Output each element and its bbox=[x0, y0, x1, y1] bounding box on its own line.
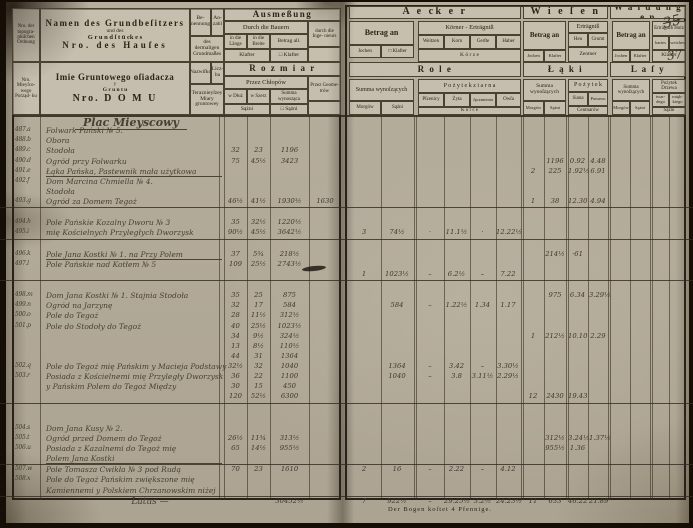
row-nro: 497.l bbox=[15, 260, 42, 267]
cell-a-1: 922½ bbox=[382, 497, 412, 505]
cell-m-0: 46½ bbox=[225, 197, 246, 205]
row-text: Posiada z Kościelnemi mię Przyległy Dwor… bbox=[46, 372, 222, 381]
ledger-row: 503.rPosiada z Kościelnemi mię Przyległy… bbox=[0, 372, 693, 382]
ledger-row: 487.aFolwark Pański № 5. bbox=[0, 126, 693, 136]
cell-w-0: 2 bbox=[523, 167, 543, 175]
ledger-row: 490.dOgród przy Folwarku7545½342311960.9… bbox=[0, 157, 693, 167]
cell-m-2: 110½ bbox=[271, 342, 308, 350]
cell-w-1: 212½ bbox=[545, 332, 565, 340]
col-header-nazwisko: Nazwiſko bbox=[190, 62, 211, 84]
row-text: Ogród przy Folwarku bbox=[46, 157, 222, 166]
ledger-row: 488.bObora bbox=[0, 136, 693, 146]
col-header-w-dluz: w Dłuż bbox=[224, 89, 247, 104]
cell-m-3: 1630 bbox=[310, 197, 340, 205]
row-nro: 493.g bbox=[15, 197, 42, 204]
cell-m-0: 28 bbox=[225, 311, 246, 319]
aecker-korn: Korn bbox=[444, 35, 470, 49]
wiesen-zentner: Zentner bbox=[568, 47, 608, 62]
cell-m-1: 23 bbox=[248, 465, 269, 473]
col-header-miary: Teraznieyſzey Miary gruntowey bbox=[190, 84, 224, 115]
cell-m-2: 218½ bbox=[271, 250, 308, 258]
cell-a-0: 7 bbox=[349, 497, 379, 505]
cell-a-3: 11.1½ bbox=[444, 228, 469, 236]
cell-a-2: – bbox=[417, 270, 443, 278]
row-text: y Pańskim Polem do Tegoż Między bbox=[46, 382, 222, 391]
laki-siana: Siana bbox=[568, 92, 588, 106]
cell-a-4: 3.11½ bbox=[470, 372, 495, 380]
cell-a-3: 3.42 bbox=[444, 362, 469, 370]
col-header-przez-geometrow: Przez Geome- trów bbox=[308, 76, 341, 101]
role-owsa: Owſa bbox=[496, 93, 521, 107]
laki-summa-wynoszaca: Summa wynoſzących bbox=[523, 79, 566, 101]
role-pozytek-ziarna: P o ż y t e k z i a r n a bbox=[418, 79, 521, 93]
cell-a-3: 29.25½ bbox=[444, 497, 469, 505]
row-text: Pole do Tegoż Pańskim zwiększone mię bbox=[46, 475, 222, 484]
cell-m-2: 1023½ bbox=[271, 322, 308, 330]
cell-a-4: – bbox=[470, 362, 495, 370]
section-header-role: R o l e bbox=[349, 62, 521, 77]
aecker-koerze: K ö r z e bbox=[418, 49, 521, 62]
col-header-anzahl: An- zahl bbox=[211, 8, 224, 36]
waldungen-hartes: hartes bbox=[652, 36, 669, 50]
row-nro: 496.k bbox=[15, 250, 42, 257]
page-number: 37 bbox=[666, 47, 683, 63]
role-sazni: Sążni bbox=[381, 101, 414, 115]
cell-w-1: 312½ bbox=[545, 434, 565, 442]
cell-w-2: 12.30 bbox=[568, 197, 587, 205]
col-header-w-szerz: w Szerz bbox=[247, 89, 270, 104]
cell-a-4: 3.2½ bbox=[470, 497, 495, 505]
cell-w-1: 214½ bbox=[545, 250, 565, 258]
cell-a-4: 1.34 bbox=[470, 301, 495, 309]
cell-w-2: 0.92 bbox=[568, 157, 587, 165]
cell-m-2: 1610 bbox=[271, 465, 308, 473]
cell-m-0: 30 bbox=[225, 382, 246, 390]
wiesen-betrag-an: Betrag an bbox=[523, 21, 566, 50]
cell-m-2: 3423 bbox=[271, 157, 308, 165]
cell-w-0: 1 bbox=[523, 332, 543, 340]
cell-m-1: 25 bbox=[248, 291, 269, 299]
section-header-laki: Ł ą k i bbox=[523, 62, 608, 77]
col-header-durch-ingenieurs: durch die Inge- nieurs bbox=[308, 21, 341, 47]
wiesen-grumt: Grumt bbox=[588, 33, 608, 47]
ledger-row bbox=[0, 414, 693, 424]
cell-m-1: 31 bbox=[248, 352, 269, 360]
cell-m-0: 26½ bbox=[225, 434, 246, 442]
row-text: Stodoła bbox=[46, 146, 222, 155]
ledger-row bbox=[0, 280, 693, 291]
cell-w-0: 12 bbox=[523, 392, 543, 400]
ledger-row: 493.gOgród za Domem Tegoż46½41½1930½1630… bbox=[0, 197, 693, 207]
col-header-przez-chlopow: Przez Chłopów bbox=[224, 76, 308, 89]
role-morgow: Morgów bbox=[349, 101, 381, 115]
cell-w-1: 1196 bbox=[545, 157, 565, 165]
cell-m-0: 35 bbox=[225, 218, 246, 226]
cell-w-2: 19.43 bbox=[568, 392, 587, 400]
cell-m-2: 324½ bbox=[271, 332, 308, 340]
ledger-scan: Nro. der topogra- phiſchen Ordnung Namen… bbox=[0, 0, 693, 528]
cell-m-0: 13 bbox=[225, 342, 246, 350]
cell-w-3: 21.89 bbox=[589, 497, 607, 505]
cell-m-0: 44 bbox=[225, 352, 246, 360]
role-summa-wynoszaca: Summa wynoſzących bbox=[349, 79, 414, 101]
row-nro: 499.n bbox=[15, 301, 42, 308]
cell-m-1: 14½ bbox=[248, 444, 269, 452]
row-text: Pole Tomasza Cwikła № 3 pod Rudą bbox=[46, 465, 222, 474]
row-nro: 492.f bbox=[15, 177, 42, 184]
ledger-row: 496.kPole Jana Kostki № 1. na Przy Polem… bbox=[0, 250, 693, 260]
cell-m-0: 120 bbox=[225, 392, 246, 400]
lasy-sazni-unit: Sążni bbox=[652, 107, 686, 115]
row-nro: 507.w bbox=[15, 465, 42, 472]
unit-klafter: Klafter bbox=[224, 49, 270, 62]
lasy-miekkiego: mięk- kiego bbox=[669, 93, 686, 107]
cell-w-2: 10.10 bbox=[568, 332, 587, 340]
laki-potrawu: Potrawu bbox=[588, 92, 608, 106]
cell-a-0: 2 bbox=[349, 465, 379, 473]
ledger-row: 504.sDom Jana Kusy № 2. bbox=[0, 424, 693, 434]
ledger-row: 498.mDom Jana Kostki № 1. Stajnia Stodoł… bbox=[0, 291, 693, 301]
cell-a-0: 1 bbox=[349, 270, 379, 278]
cell-m-2: 313½ bbox=[271, 434, 308, 442]
cell-a-2: – bbox=[417, 301, 443, 309]
cell-m-0: 90½ bbox=[225, 228, 246, 236]
cell-a-1: 584 bbox=[382, 301, 412, 309]
aecker-weitzen: Weitzen bbox=[418, 35, 444, 49]
role-zyta: Żyta bbox=[444, 93, 470, 107]
cell-w-1: 225 bbox=[545, 167, 565, 175]
row-text: Pole Jana Kostki № 1. na Przy Polem bbox=[46, 250, 222, 260]
row-text: Ogród przed Domem do Tegoż bbox=[46, 434, 222, 443]
cell-w-2: 6.34 bbox=[568, 291, 587, 299]
row-nro: 498.m bbox=[15, 291, 42, 298]
ledger-row: Polem Jana Kostki bbox=[0, 454, 693, 464]
cell-m-1: 15 bbox=[248, 382, 269, 390]
cell-m-0: 65 bbox=[225, 444, 246, 452]
cell-w-2: 3.24½ bbox=[568, 434, 587, 442]
cell-m-2: 1196 bbox=[271, 146, 308, 154]
ledger-row: 502.qPole do Tegoż mię Pańskim y Macieja… bbox=[0, 362, 693, 372]
cell-m-2: 955½ bbox=[271, 444, 308, 452]
cell-m-2: 1220½ bbox=[271, 218, 308, 226]
row-text: Latus — bbox=[80, 497, 220, 507]
cell-m-1: 8½ bbox=[248, 342, 269, 350]
lasy-sazni: Sążni bbox=[630, 101, 650, 115]
cell-a-1: 1364 bbox=[382, 362, 412, 370]
row-text: Folwark Pański № 5. bbox=[46, 126, 222, 135]
cell-m-2: 2743½ bbox=[271, 260, 308, 268]
cell-a-3: 1.22½ bbox=[444, 301, 469, 309]
waldungen-klafter: Klafter bbox=[630, 50, 650, 62]
cell-m-2: 1100 bbox=[271, 372, 308, 380]
row-nro: 508.x bbox=[15, 475, 42, 482]
row-text: Posiada z Kazalnemi do Tegoż mię bbox=[46, 444, 222, 453]
ledger-row: y Pańskim Polem do Tegoż Między3015450 bbox=[0, 382, 693, 392]
ledger-row: 495.imię Kościelnych Przyległych Dworzys… bbox=[0, 228, 693, 238]
row-nro: 505.t bbox=[15, 434, 42, 441]
row-nro: 488.b bbox=[15, 136, 42, 143]
cell-a-5: 12.22½ bbox=[496, 228, 520, 236]
cell-m-1: 11½ bbox=[248, 311, 269, 319]
ledger-rows: Plac Mieyscowy487.aFolwark Pański № 5.48… bbox=[0, 116, 693, 501]
col-header-in-breite: in die Breite bbox=[247, 34, 270, 49]
cell-w-3: 4.48 bbox=[589, 157, 607, 165]
cell-a-2: – bbox=[417, 372, 443, 380]
ledger-row: 489.cStodoła32231196 bbox=[0, 146, 693, 156]
ledger-row: 492.fDom Marcina Chmiella № 4. bbox=[0, 177, 693, 187]
cell-w-0: 11 bbox=[523, 497, 543, 505]
cell-m-0: 32½ bbox=[225, 362, 246, 370]
cell-m-1: 11¾ bbox=[248, 434, 269, 442]
laki-morgow: Morgów bbox=[523, 101, 544, 115]
cell-m-0: 75 bbox=[225, 157, 246, 165]
ledger-row: 501.pPole do Stodoły do Tegoż4025½1023½ bbox=[0, 322, 693, 332]
col-header-nro-polish: Nro. Mieyſco- wego Porząd- ku bbox=[12, 62, 40, 115]
role-pszenicy: Pſzenicy bbox=[418, 93, 444, 107]
row-text: Obora bbox=[46, 136, 222, 145]
row-text: Ogród na Jarzynę bbox=[46, 301, 222, 310]
cell-a-4: – bbox=[470, 270, 495, 278]
cell-m-1: 45½ bbox=[248, 228, 269, 236]
lasy-summa-wynoszaca: Summa wynoſzących bbox=[612, 79, 650, 101]
section-header-ausmessung: Ausmeßung bbox=[224, 8, 341, 21]
row-nro: 504.s bbox=[15, 424, 42, 431]
cell-a-3: 6.2½ bbox=[444, 270, 469, 278]
cell-w-2: 46.22 bbox=[568, 497, 587, 505]
cell-m-2: 1930½ bbox=[271, 197, 308, 205]
cell-m-0: 34 bbox=[225, 332, 246, 340]
section-header-rozmiar: R o z m i a r bbox=[224, 62, 341, 76]
wiesen-ertraegniss: Erträgniß bbox=[568, 21, 608, 33]
row-nro: 506.u bbox=[15, 444, 42, 451]
cell-a-1: 74½ bbox=[382, 228, 412, 236]
col-header-benennung: Be- nennung bbox=[190, 8, 211, 36]
row-text: Pole do Tegoż mię Pańskim y Macieja Pods… bbox=[46, 362, 222, 371]
unit-sazni: Sążni bbox=[224, 104, 270, 115]
cell-m-1: 9½ bbox=[248, 332, 269, 340]
row-text: Dom Jana Kostki № 1. Stajnia Stodoła bbox=[46, 291, 222, 300]
cell-m-1: 23 bbox=[248, 146, 269, 154]
cell-a-2: · bbox=[417, 228, 443, 236]
wiesen-jochen: Jochen bbox=[523, 50, 544, 62]
ledger-row: 494.hPole Pańskie Kozalny Dworu № 33532½… bbox=[0, 218, 693, 228]
col-header-nro-german: Nro. der topogra- phiſchen Ordnung bbox=[12, 8, 40, 62]
ledger-row: 349½324½1212½10.102.29 bbox=[0, 332, 693, 342]
cell-m-2: 875 bbox=[271, 291, 308, 299]
cell-m-2: 584 bbox=[271, 301, 308, 309]
role-korce: K o r c e bbox=[418, 107, 521, 115]
section-header-wiesen: W i e ſ e n bbox=[523, 6, 608, 19]
lasy-pozytek-drzewa: Pożytek Drzewa bbox=[652, 79, 686, 93]
cell-w-2: 1.92½ bbox=[568, 167, 587, 175]
aecker-koerner-ertraegniss: Körner - Erträgniß bbox=[418, 21, 521, 35]
cell-w-3: 2.29 bbox=[589, 332, 607, 340]
wiesen-klafter: Klafter bbox=[544, 50, 566, 62]
cell-m-1: 52½ bbox=[248, 392, 269, 400]
cell-a-1: 1023½ bbox=[382, 270, 412, 278]
cell-a-4: – bbox=[470, 465, 495, 473]
wiesen-heu: Heu bbox=[568, 33, 588, 47]
geometrow-unit-cell bbox=[308, 101, 341, 115]
row-nro: 503.r bbox=[15, 372, 42, 379]
cell-m-1: 41½ bbox=[248, 197, 269, 205]
row-nro: 487.a bbox=[15, 126, 42, 133]
row-text: mię Kościelnych Przyległych Dworzysk bbox=[46, 228, 222, 237]
row-text: Polem Jana Kostki bbox=[46, 454, 222, 464]
ledger-row: Stodoła bbox=[0, 187, 693, 197]
cell-m-1: 32 bbox=[248, 362, 269, 370]
cell-a-5: 24.23½ bbox=[496, 497, 520, 505]
col-header-in-laenge: in die Länge bbox=[224, 34, 247, 49]
cell-w-1: 975 bbox=[545, 291, 565, 299]
ledger-row: 505.tOgród przed Domem do Tegoż26½11¾313… bbox=[0, 434, 693, 444]
section-header-aecker: A e ck e r bbox=[349, 6, 521, 19]
row-text: Ogród za Domem Tegoż bbox=[46, 197, 222, 206]
row-text: Kamiennemi y Polskiem Chrzanowskim niżej bbox=[46, 486, 222, 495]
cell-w-2: ·61 bbox=[568, 250, 587, 258]
cell-m-1: 5¾ bbox=[248, 250, 269, 258]
laki-pozytek: P o ż y t e k bbox=[568, 79, 608, 92]
cell-m-2: 1364 bbox=[271, 352, 308, 360]
aecker-jochen: Jochen bbox=[349, 45, 381, 58]
cell-m-2: 6300 bbox=[271, 392, 308, 400]
cell-a-2: – bbox=[417, 362, 443, 370]
row-text: Dom Marcina Chmiella № 4. bbox=[46, 177, 222, 186]
ledger-row: 138½110½ bbox=[0, 342, 693, 352]
cell-m-0: 32 bbox=[225, 146, 246, 154]
cell-a-0: 3 bbox=[349, 228, 379, 236]
ledger-row: 491.eŁąka Pańska, Pastewnik mała użytkow… bbox=[0, 167, 693, 177]
owner-pl-line4: Nro. D O M U bbox=[73, 94, 158, 105]
cell-m-2: 312½ bbox=[271, 311, 308, 319]
aecker-haber: Haber bbox=[496, 35, 521, 49]
aecker-klafter: □ Klafter bbox=[381, 45, 414, 58]
cell-a-5: 3.30½ bbox=[496, 362, 520, 370]
waldungen-jochen: Jochen bbox=[612, 50, 630, 62]
ledger-row: 44311364 bbox=[0, 352, 693, 362]
ledger-row: 497.lPole Pańskie nad Kotłem № 510925½27… bbox=[0, 260, 693, 270]
cell-w-3: 1.37½ bbox=[589, 434, 607, 442]
cell-m-1: 25½ bbox=[248, 322, 269, 330]
aecker-betrag-an: Betrag an bbox=[349, 21, 414, 45]
ledger-row: 499.nOgród na Jarzynę3217584584–1.22½1.3… bbox=[0, 301, 693, 311]
ledger-row bbox=[0, 403, 693, 414]
cell-w-3: 6.91 bbox=[589, 167, 607, 175]
ledger-row: Plac Mieyscowy bbox=[0, 116, 693, 126]
ledger-row bbox=[0, 207, 693, 218]
row-nro: 500.o bbox=[15, 311, 42, 318]
cell-m-2: 3642½ bbox=[271, 228, 308, 236]
row-text: Pole do Stodoły do Tegoż bbox=[46, 322, 222, 331]
ledger-row: 12052½630012243019.43 bbox=[0, 392, 693, 402]
lasy-twardego: twar- dego bbox=[652, 93, 669, 107]
row-nro: 495.i bbox=[15, 228, 42, 235]
row-text: Stodoła bbox=[46, 187, 222, 196]
row-text: Pole Pańskie Kozalny Dworu № 3 bbox=[46, 218, 222, 227]
cell-a-5: 7.22 bbox=[496, 270, 520, 278]
cell-a-5: 2.29½ bbox=[496, 372, 520, 380]
ingenieurs-unit-cell bbox=[308, 47, 341, 62]
owner-pl-line1: Imie Gruntowego oſiadacza bbox=[56, 73, 175, 83]
unit-quadrat-sazni: □ Sążni bbox=[270, 104, 308, 115]
cell-m-0: 109 bbox=[225, 260, 246, 268]
cell-m-0: 32 bbox=[225, 301, 246, 309]
col-header-owner-polish: Imie Gruntowego oſiadacza y G r u n t u … bbox=[40, 62, 190, 115]
row-nro: 494.h bbox=[15, 218, 42, 225]
cell-m-1: 17 bbox=[248, 301, 269, 309]
ledger-row: 500.oPole do Tegoż2811½312½ bbox=[0, 311, 693, 321]
cell-a-3: 3.8 bbox=[444, 372, 469, 380]
row-nro: 489.c bbox=[15, 146, 42, 153]
cell-a-1: 16 bbox=[382, 465, 412, 473]
cell-w-1: 955½ bbox=[545, 444, 565, 452]
cell-w-2: 1.36 bbox=[568, 444, 587, 452]
cell-m-2: 30452½ bbox=[271, 497, 308, 505]
laki-sazni: Sążni bbox=[544, 101, 566, 115]
cell-a-2: – bbox=[417, 497, 443, 505]
cell-w-1: 38 bbox=[545, 197, 565, 205]
owner-de-line4: Nro. des Hauſes bbox=[62, 41, 168, 51]
cell-m-0: 40 bbox=[225, 322, 246, 330]
cell-m-0: 70 bbox=[225, 465, 246, 473]
aecker-gerste: Gerſte bbox=[470, 35, 496, 49]
cell-m-0: 37 bbox=[225, 250, 246, 258]
row-text: Pole Pańskie nad Kotłem № 5 bbox=[46, 260, 222, 269]
cell-m-1: 25½ bbox=[248, 260, 269, 268]
col-header-betrag-all: Betrag all. bbox=[270, 34, 308, 49]
cell-a-4: · bbox=[470, 228, 495, 236]
ledger-row: 507.wPole Tomasza Cwikła № 3 pod Rudą702… bbox=[0, 464, 693, 475]
ledger-row: 508.xPole do Tegoż Pańskim zwiększone mi… bbox=[0, 475, 693, 485]
waldungen-betrag-an: Betrag an bbox=[612, 21, 650, 50]
row-text: Pole do Tegoż bbox=[46, 311, 222, 320]
ledger-row: 506.uPosiada z Kazalnemi do Tegoż mię651… bbox=[0, 444, 693, 454]
col-header-liczba: Licz- ba bbox=[211, 62, 224, 84]
cell-a-2: – bbox=[417, 465, 443, 473]
row-nro: 501.p bbox=[15, 322, 42, 329]
ledger-row: 11023½–6.2½–7.22 bbox=[0, 270, 693, 280]
ledger-row bbox=[0, 239, 693, 250]
footer-caption: Der Bogen koſtet 4 Pfennige. bbox=[280, 506, 600, 513]
cell-m-0: 36 bbox=[225, 372, 246, 380]
col-header-owner-german: Namen des Grundbeſitzers und des G r u n… bbox=[40, 8, 190, 62]
ledger-row: Kamiennemi y Polskiem Chrzanowskim niżej bbox=[0, 486, 693, 496]
cell-a-5: 4.12 bbox=[496, 465, 520, 473]
row-text: Łąka Pańska, Pastewnik mała użytkowa bbox=[46, 167, 222, 177]
cell-m-2: 450 bbox=[271, 382, 308, 390]
cell-m-1: 32½ bbox=[248, 218, 269, 226]
cell-a-1: 1040 bbox=[382, 372, 412, 380]
row-nro: 490.d bbox=[15, 157, 42, 164]
unit-quadrat-klafter: □ Klafter bbox=[270, 49, 308, 62]
cell-a-5: 1.17 bbox=[496, 301, 520, 309]
cell-w-3: 4.94 bbox=[589, 197, 607, 205]
cell-w-0: 1 bbox=[523, 197, 543, 205]
row-text: Dom Jana Kusy № 2. bbox=[46, 424, 222, 433]
row-nro: 491.e bbox=[15, 167, 42, 174]
cell-w-1: 633 bbox=[545, 497, 565, 505]
laki-centnarow: Centnarów bbox=[568, 106, 608, 115]
cell-m-2: 1040 bbox=[271, 362, 308, 370]
cell-a-3: 2.22 bbox=[444, 465, 469, 473]
col-header-summa-wynoszaca: Summa wynosząca bbox=[270, 89, 308, 104]
row-nro: 502.q bbox=[15, 362, 42, 369]
role-jeczmienia: Jęczmienia bbox=[470, 93, 496, 107]
cell-m-1: 45½ bbox=[248, 157, 269, 165]
cell-m-0: 35 bbox=[225, 291, 246, 299]
section-header-lasy: L a ſ y bbox=[610, 62, 686, 77]
cell-w-1: 2430 bbox=[545, 392, 565, 400]
